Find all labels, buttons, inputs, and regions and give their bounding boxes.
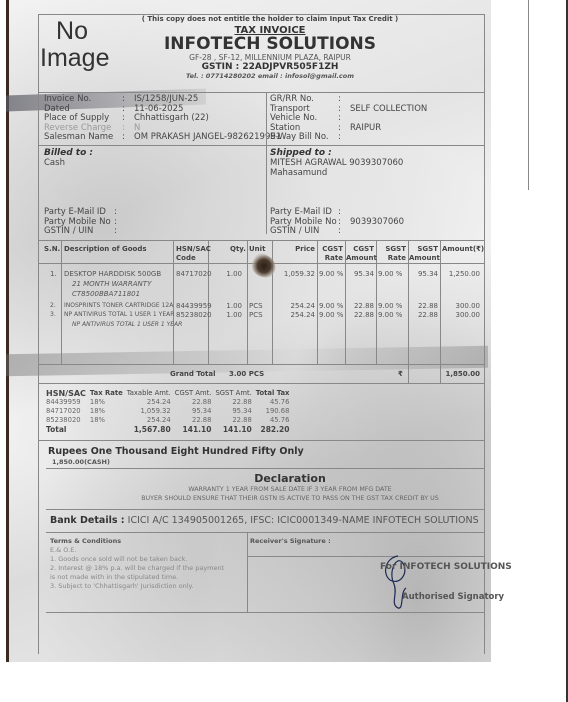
- col-header-hsn: HSN/SACCode: [176, 245, 211, 263]
- divider: [38, 383, 484, 384]
- grand-total-amount: 1,850.00: [442, 370, 480, 379]
- col-header-cgst-amount: CGSTAmount: [346, 245, 374, 263]
- table-header-row: HSN/SAC Tax Rate Taxable Amt. CGST Amt. …: [46, 389, 293, 398]
- col-header-amount: Amount(₹): [442, 245, 480, 254]
- table-total-row: Total 1,567.80141.10 141.10282.20: [46, 425, 293, 434]
- salesman-name: OM PRAKASH JANGEL-9826219991: [134, 133, 281, 143]
- table-row: 8471702018% 1,059.3295.34 95.34190.68: [46, 407, 293, 416]
- invoice-info: Invoice No.:IS/1258/JUN-25 Dated:11-06-2…: [44, 95, 281, 143]
- transport-info: GR/RR No.: Transport:SELF COLLECTION Veh…: [270, 95, 427, 143]
- divider: [46, 509, 484, 510]
- col-header-description: Description of Goods: [64, 245, 147, 254]
- terms-and-conditions: Terms & Conditions E.& O.E. 1. Goods onc…: [50, 537, 224, 591]
- shipped-to: Shipped to : MITESH AGRAWAL 9039307060 M…: [270, 148, 403, 178]
- divider: [247, 532, 248, 612]
- divider: [38, 440, 484, 441]
- logo-placeholder: No Image: [40, 18, 104, 72]
- party-mobile: 9039307060: [350, 218, 404, 228]
- grand-total-label: Grand Total: [170, 370, 215, 379]
- receiver-signature-label: Receiver's Signature :: [250, 537, 331, 545]
- itc-note: ( This copy does not entitle the holder …: [130, 15, 410, 23]
- col-header-sn: S.N.: [44, 245, 60, 254]
- place-of-supply: Chhattisgarh (22): [134, 114, 209, 124]
- divider: [38, 364, 484, 365]
- col-line: [440, 240, 441, 383]
- transport-value: SELF COLLECTION: [350, 105, 427, 115]
- declaration: Declaration WARRANTY 1 YEAR FROM SALE DA…: [100, 472, 480, 503]
- col-header-price: Price: [274, 245, 315, 254]
- currency-symbol: ₹: [398, 370, 403, 379]
- divider: [46, 468, 484, 469]
- billed-to-fields: Party E-Mail ID: Party Mobile No: GSTIN …: [44, 208, 126, 237]
- billed-to-name: Cash: [44, 158, 93, 168]
- amount-in-words: Rupees One Thousand Eight Hundred Fifty …: [48, 446, 304, 457]
- col-header-cgst-rate: CGSTRate: [318, 245, 343, 263]
- payment-note: 1,850.00(CASH): [52, 458, 110, 466]
- tax-summary-table: HSN/SAC Tax Rate Taxable Amt. CGST Amt. …: [46, 389, 293, 434]
- company-gstin: GSTIN : 22ADJPVR505F1ZH: [130, 62, 410, 72]
- divider: [46, 532, 484, 533]
- authorised-signatory-label: Authorised Signatory: [402, 592, 504, 602]
- table-row: 8523802018% 254.2422.88 22.8845.76: [46, 416, 293, 425]
- frame-right: [484, 14, 485, 654]
- divider: [38, 145, 484, 146]
- divider: [266, 92, 267, 234]
- billed-to: Billed to : Cash: [44, 148, 93, 168]
- table-row: 8443995918% 254.2422.88 22.8845.76: [46, 398, 293, 407]
- shipped-to-name: MITESH AGRAWAL 9039307060: [270, 158, 403, 168]
- shipped-to-city: Mahasamund: [270, 168, 403, 178]
- col-header-qty: Qty.: [230, 245, 246, 254]
- invoice-header: ( This copy does not entitle the holder …: [130, 15, 410, 80]
- bank-details: Bank Details : ICICI A/C 134905001265, I…: [50, 515, 479, 526]
- col-line: [61, 240, 62, 364]
- col-header-sgst-rate: SGSTRate: [377, 245, 406, 263]
- company-name: INFOTECH SOLUTIONS: [130, 36, 410, 53]
- station-value: RAIPUR: [350, 124, 381, 134]
- paper-edge: [528, 0, 529, 190]
- divider: [38, 240, 484, 241]
- company-address: GF-28 , SF-12, MILLENNIUM PLAZA, RAIPUR: [130, 53, 410, 62]
- signature-icon: [380, 552, 420, 612]
- divider: [247, 556, 484, 557]
- company-contact: Tel. : 07714280202 email : infosol@gmail…: [130, 72, 410, 80]
- grand-total-qty: 3.00 PCS: [229, 370, 264, 379]
- divider: [38, 92, 484, 93]
- for-company-label: For INFOTECH SOLUTIONS: [380, 562, 512, 572]
- frame-left: [38, 14, 39, 654]
- col-header-sgst-amount: SGSTAmount: [409, 245, 438, 263]
- shipped-to-fields: Party E-Mail ID: Party Mobile No:9039307…: [270, 208, 404, 237]
- divider: [46, 612, 484, 613]
- col-line: [247, 240, 248, 364]
